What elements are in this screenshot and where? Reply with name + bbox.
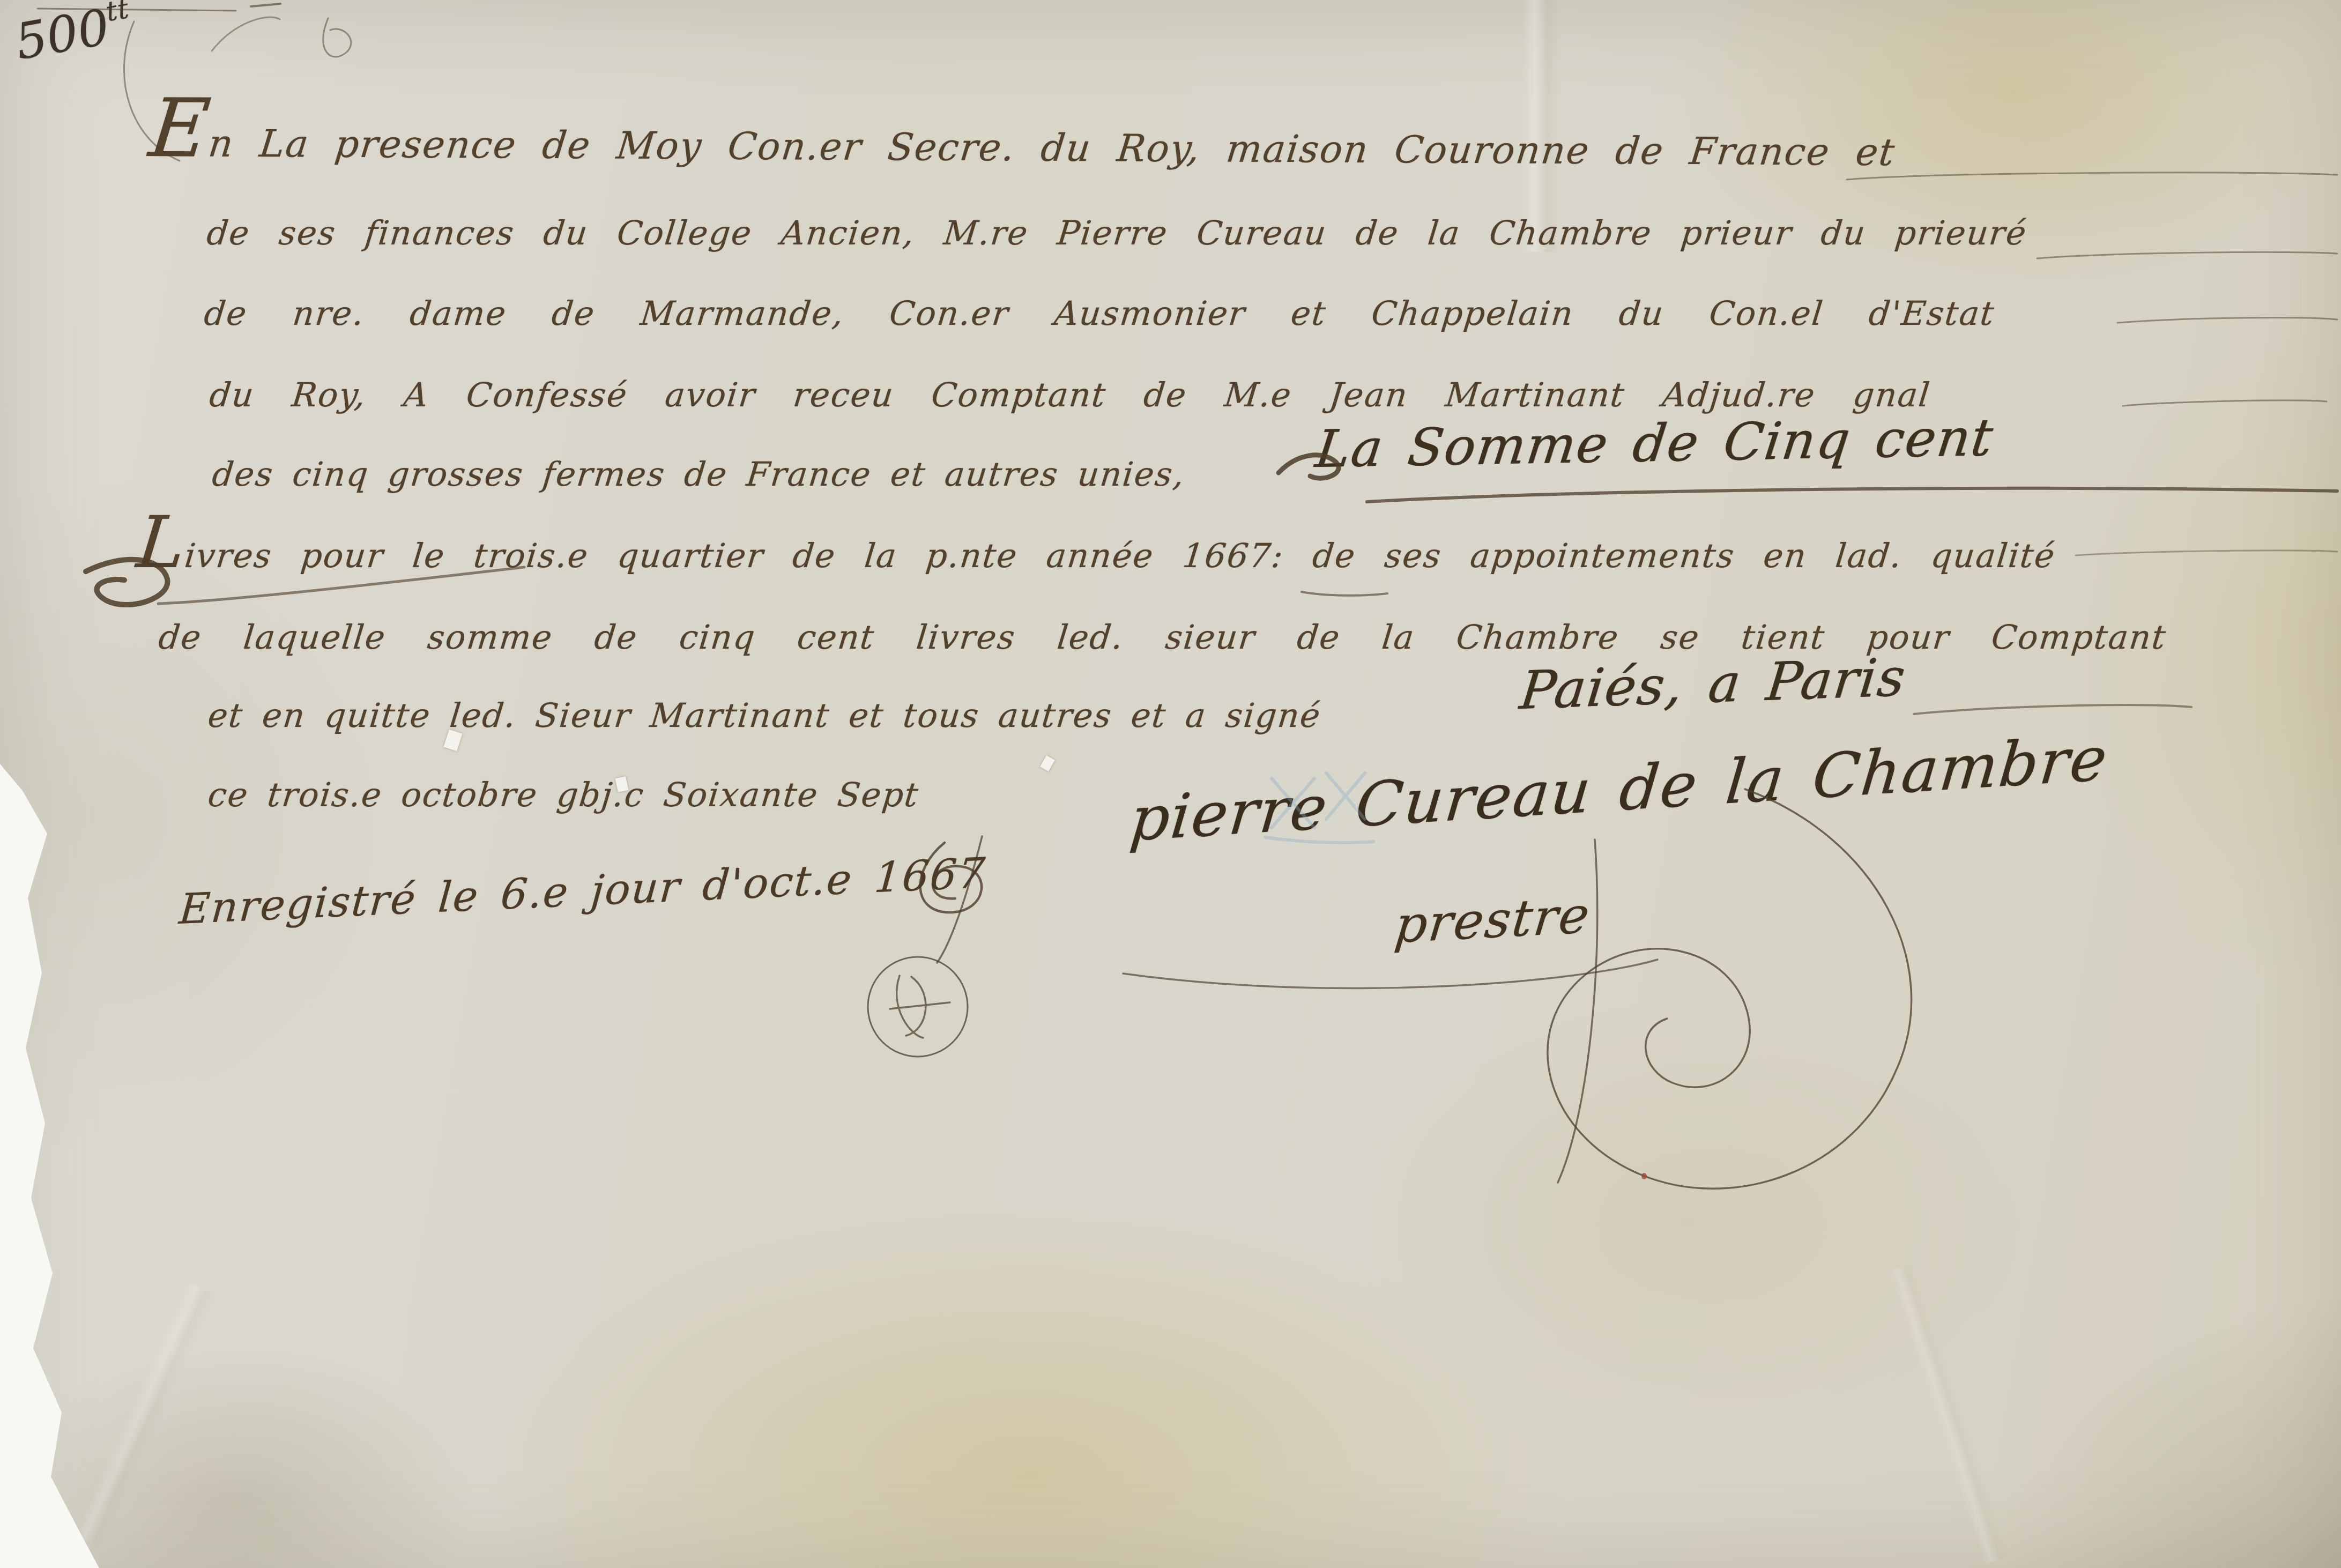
date-line: ce trois.e octobre gbj.c Soixante Sept xyxy=(206,775,813,814)
manuscript-line-3: de nre. dame de Marmande, Con.er Ausmoni… xyxy=(202,294,1997,333)
manuscript-line-2: de ses finances du College Ancien, M.re … xyxy=(205,213,2029,252)
sum-highlight-line: La Somme de Cinq cent xyxy=(1312,407,1997,479)
scanned-manuscript: 500tt En La presence de Moy Con.er Secre… xyxy=(0,0,2341,1568)
manuscript-line-1: En La presence de Moy Con.er Secre. du R… xyxy=(146,121,1898,174)
manuscript-line-6: Livres pour le trois.e quartier de la p.… xyxy=(134,536,2057,575)
manuscript-line-4: du Roy, A Confessé avoir receu Comptant … xyxy=(207,375,1933,414)
manuscript-line-5: des cinq grosses fermes de France et aut… xyxy=(210,455,1147,494)
wax-speck xyxy=(1641,1173,1647,1179)
signature-title: prestre xyxy=(1392,886,1593,955)
manuscript-line-8: et en quitte led. Sieur Martinant et tou… xyxy=(206,696,1194,735)
